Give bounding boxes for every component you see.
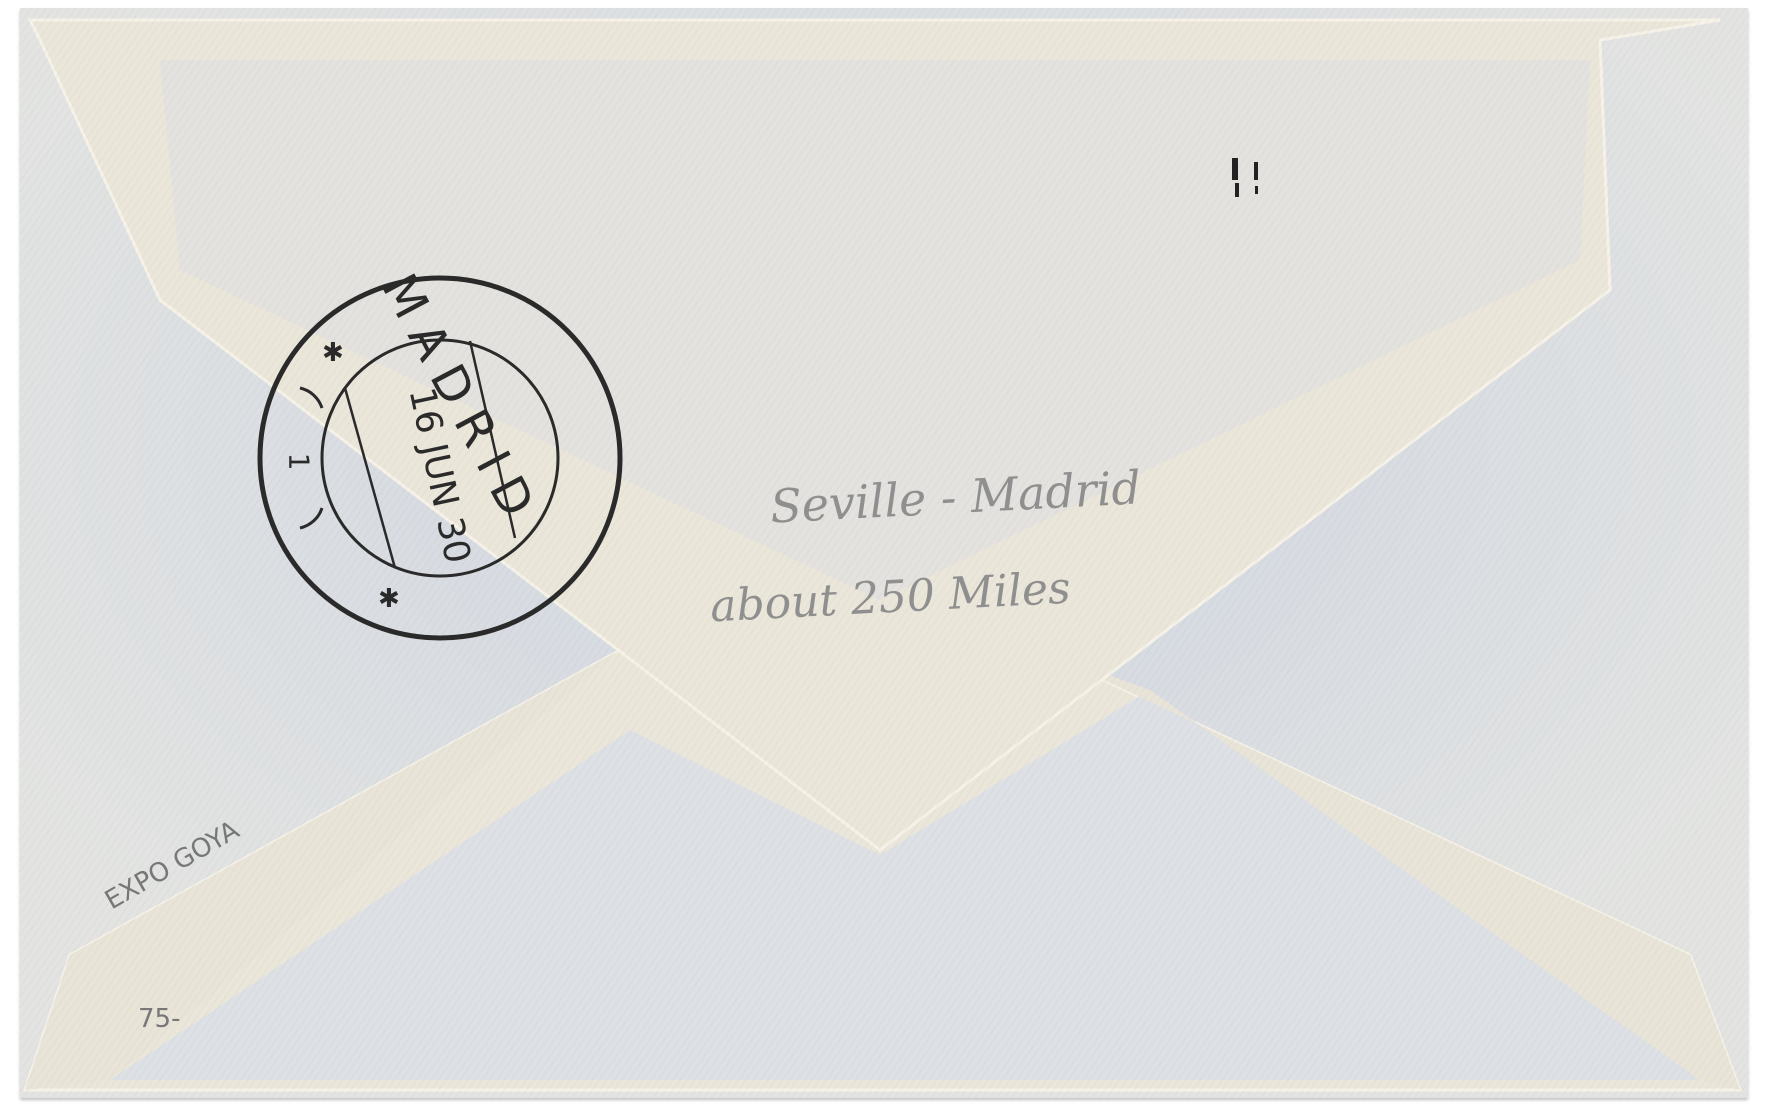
postmark-city: MADRID bbox=[420, 265, 660, 625]
postmark-index: 1 bbox=[282, 453, 315, 471]
envelope-art bbox=[0, 0, 1768, 1112]
star-icon: ✱ bbox=[322, 338, 344, 368]
price-note: 75- bbox=[138, 1004, 180, 1034]
star-icon: ✱ bbox=[378, 584, 400, 614]
